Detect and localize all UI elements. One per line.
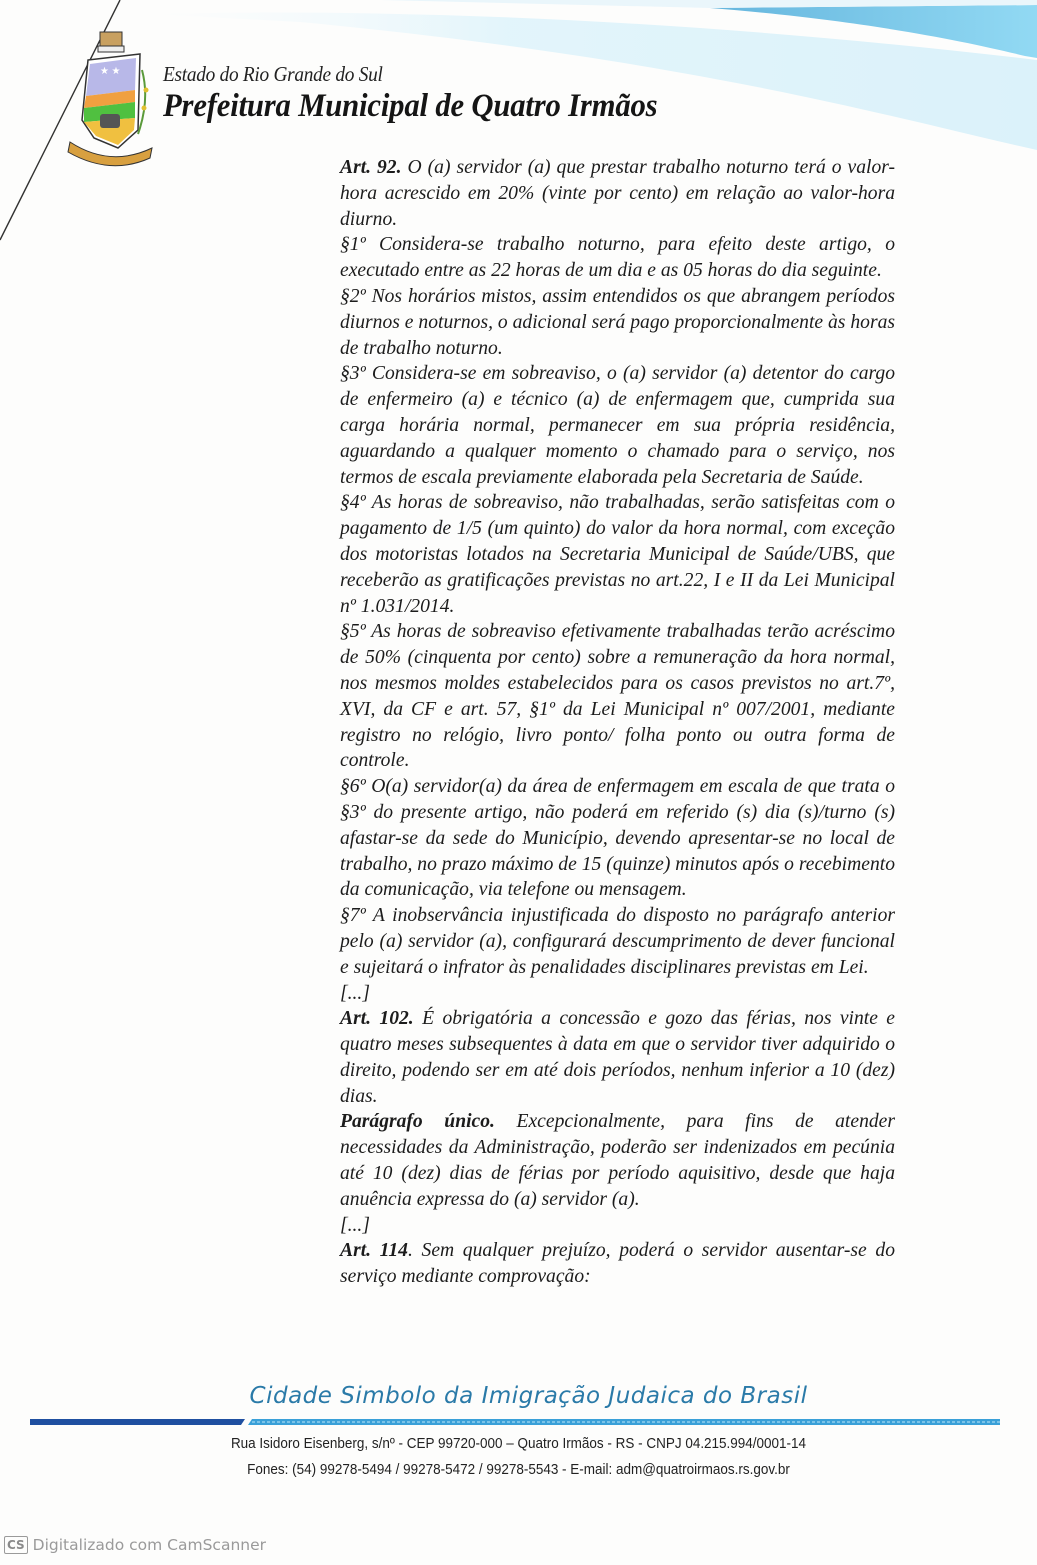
paragraph-1: §1º Considera-se trabalho noturno, para …: [340, 232, 895, 284]
sole-paragraph: Parágrafo único. Excepcionalmente, para …: [340, 1109, 895, 1212]
article-text: . Sem qualquer prejuízo, poderá o servid…: [340, 1240, 895, 1287]
ellipsis-marker: [...]: [340, 1213, 895, 1239]
city-motto: Cidade Simbolo da Imigração Judaica do B…: [0, 1383, 1037, 1409]
camscanner-logo-icon: CS: [4, 1536, 28, 1554]
article-number: Art. 102.: [340, 1008, 414, 1029]
paragraph-5: §5º As horas de sobreaviso efetivamente …: [340, 619, 895, 774]
article-114: Art. 114. Sem qualquer prejuízo, poderá …: [340, 1238, 895, 1290]
svg-text:★ ★: ★ ★: [100, 66, 120, 77]
ellipsis-marker: [...]: [340, 981, 895, 1007]
sole-paragraph-label: Parágrafo único.: [340, 1111, 495, 1132]
header-state-name: Estado do Rio Grande do Sul: [163, 62, 383, 87]
article-text: O (a) servidor (a) que prestar trabalho …: [340, 157, 895, 230]
article-102: Art. 102. É obrigatória a concessão e go…: [340, 1006, 895, 1109]
article-number: Art. 92.: [340, 157, 402, 178]
article-text: É obrigatória a concessão e gozo das fér…: [340, 1008, 895, 1106]
watermark-text: Digitalizado com CamScanner: [33, 1536, 266, 1554]
footer-divider: [30, 1418, 1000, 1426]
article-number: Art. 114: [340, 1240, 408, 1261]
document-body: Art. 92. O (a) servidor (a) que prestar …: [340, 155, 895, 1290]
footer-contacts: Fones: (54) 99278-5494 / 99278-5472 / 99…: [36, 1462, 1000, 1478]
footer-address: Rua Isidoro Eisenberg, s/nº - CEP 99720-…: [36, 1436, 1000, 1452]
paragraph-4: §4º As horas de sobreaviso, não trabalha…: [340, 490, 895, 619]
paragraph-3: §3º Considera-se em sobreaviso, o (a) se…: [340, 361, 895, 490]
article-92: Art. 92. O (a) servidor (a) que prestar …: [340, 155, 895, 232]
municipal-crest-icon: ★ ★: [40, 30, 160, 170]
header-municipality-title: Prefeitura Municipal de Quatro Irmãos: [163, 88, 657, 125]
paragraph-2: §2º Nos horários mistos, assim entendido…: [340, 284, 895, 361]
camscanner-watermark: CS Digitalizado com CamScanner: [4, 1536, 266, 1554]
paragraph-6: §6º O(a) servidor(a) da área de enfermag…: [340, 774, 895, 903]
paragraph-7: §7º A inobservância injustificada do dis…: [340, 903, 895, 980]
